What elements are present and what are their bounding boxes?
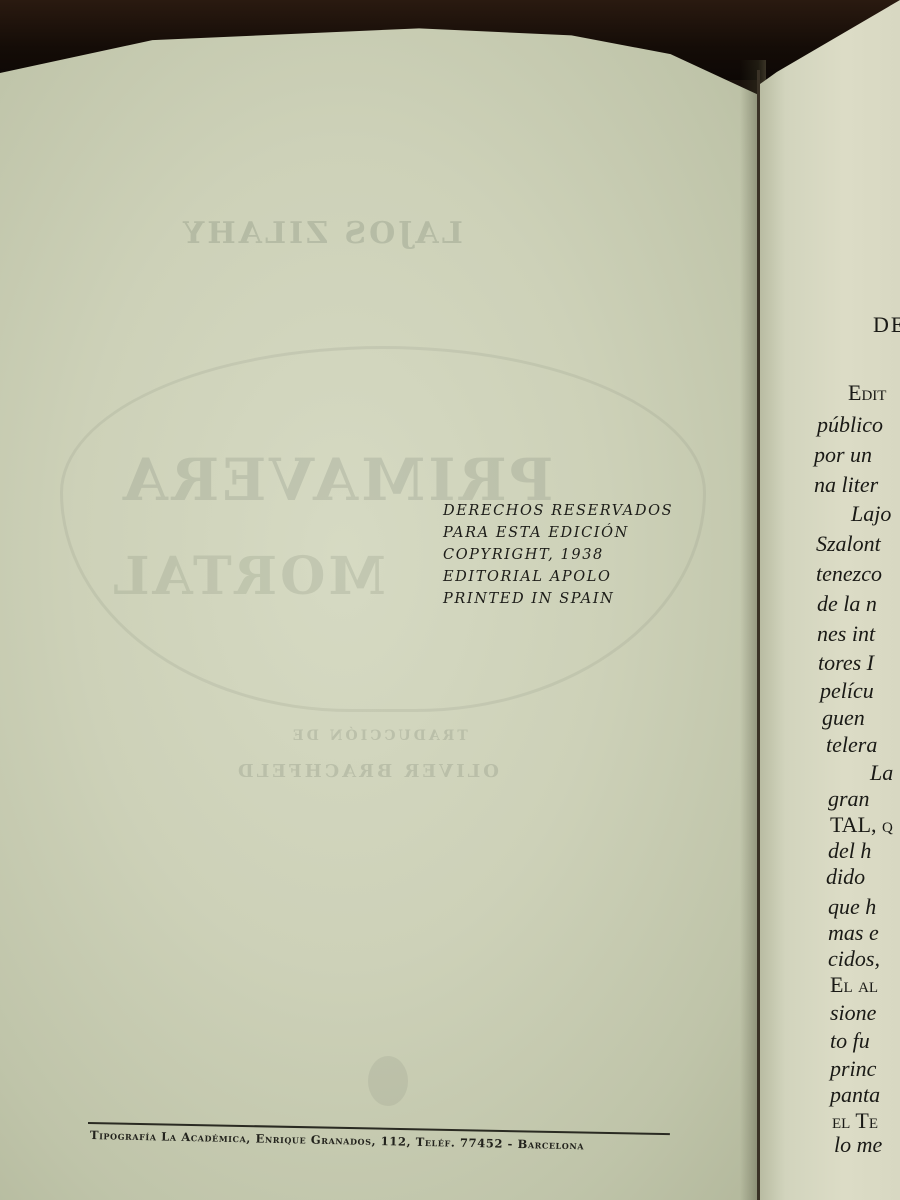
right-page-line: Lajo	[851, 501, 891, 527]
right-page-line: El al	[830, 972, 878, 998]
copyright-line: PRINTED IN SPAIN	[443, 588, 673, 610]
copyright-notice: DERECHOS RESERVADOS PARA ESTA EDICIÓN CO…	[443, 500, 673, 610]
right-page-line: TAL, q	[830, 812, 893, 838]
right-page-line: to fu	[830, 1028, 870, 1054]
right-page-line: tores I	[818, 650, 874, 676]
right-page-line: lo me	[834, 1132, 882, 1158]
right-page-line: del h	[828, 838, 871, 864]
show-through-title-line-2: MORTAL	[110, 546, 386, 607]
right-page-line: pelícu	[820, 678, 874, 704]
right-page-line: que h	[828, 894, 876, 920]
right-page-line: por un	[814, 442, 872, 468]
right-page-line: sione	[830, 1000, 876, 1026]
right-page-line: tenezco	[816, 561, 882, 587]
copyright-line: EDITORIAL APOLO	[443, 566, 673, 588]
copyright-line: PARA ESTA EDICIÓN	[443, 522, 673, 544]
right-page-line: mas e	[828, 920, 879, 946]
right-page-line: público	[817, 412, 883, 438]
left-page: LAJOS ZILAHY PRIMAVERA MORTAL TRADUCCIÓN…	[0, 26, 762, 1200]
right-page-line: La	[870, 760, 893, 786]
right-page-line: DE	[873, 312, 900, 338]
right-page-line: dido	[826, 864, 865, 890]
right-page-line: Szalont	[816, 531, 881, 557]
copyright-line: DERECHOS RESERVADOS	[443, 500, 673, 522]
right-page-line: Edit	[848, 380, 886, 406]
right-page-line: el Te	[832, 1108, 878, 1134]
show-through-translator-label: TRADUCCIÓN DE	[290, 728, 468, 744]
right-page-line: na liter	[814, 472, 878, 498]
right-page-line: panta	[830, 1082, 880, 1108]
right-page-line: princ	[830, 1056, 876, 1082]
show-through-translator: OLIVER BRACHFELD	[235, 761, 499, 782]
show-through-author: LAJOS ZILAHY	[180, 216, 463, 251]
right-page-line: guen	[822, 705, 865, 731]
right-page-line: cidos,	[828, 946, 880, 972]
right-page-line: nes int	[817, 621, 875, 647]
right-page-line: gran	[828, 786, 870, 812]
show-through-publisher-logo-icon	[368, 1056, 408, 1106]
right-page-line: de la n	[817, 591, 877, 617]
copyright-line: COPYRIGHT, 1938	[443, 544, 673, 566]
page-edge	[757, 70, 760, 1200]
right-page-line: telera	[826, 732, 877, 758]
